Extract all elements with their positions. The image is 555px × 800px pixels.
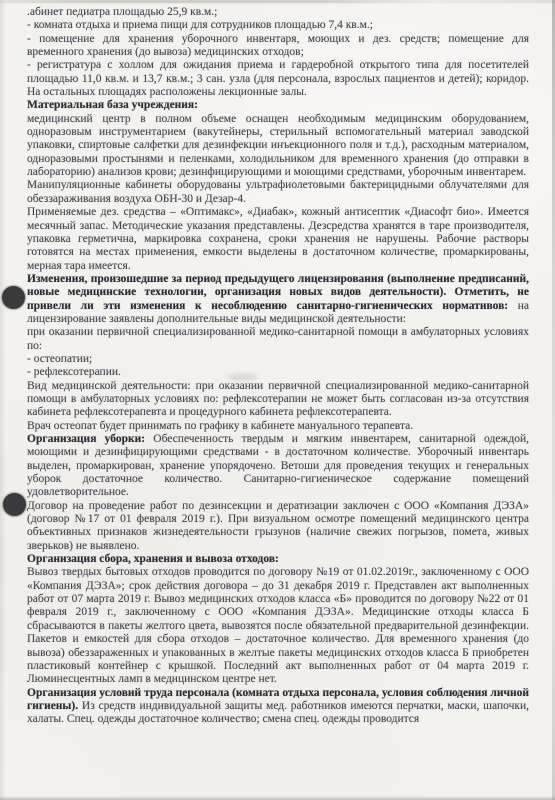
body-text: Вывоз твердых бытовых отходов проводится… <box>27 566 529 685</box>
body-text: Врач остеопат будет принимать по графику… <box>27 420 413 432</box>
body-text: при оказании первичной специализированно… <box>27 326 529 351</box>
document-text: .абинет педиатра площадью 25,9 кв.м.;- к… <box>27 6 529 727</box>
body-text: - рефлексотерапии. <box>27 366 121 378</box>
paragraph: медицинский центр в полном объеме оснаще… <box>27 113 529 180</box>
paragraph: Вид медицинской деятельности: при оказан… <box>27 380 529 420</box>
ink-dot-artifact <box>2 286 25 309</box>
bold-text: Изменения, произошедшие за период предыд… <box>27 273 529 312</box>
paragraph: - комната отдыха и приема пищи для сотру… <box>27 19 529 32</box>
paragraph: Манипуляционные кабинеты оборудованы уль… <box>27 179 529 206</box>
paragraph: Организация уборки: Обеспеченность тверд… <box>27 433 529 500</box>
paragraph: - регистратура с холлом для ожидания при… <box>27 59 529 99</box>
paragraph: Материальная база учреждения: <box>27 99 529 112</box>
pencil-smudge-artifact <box>228 373 258 381</box>
body-text: Из средств индивидуальной защиты мед. ра… <box>27 700 529 725</box>
bold-text: Организация уборки: <box>27 433 145 445</box>
body-text: Манипуляционные кабинеты оборудованы уль… <box>27 179 529 204</box>
paragraph: .абинет педиатра площадью 25,9 кв.м.; <box>27 6 529 19</box>
paragraph: Организация условий труда персонала (ком… <box>27 687 529 727</box>
scan-edge-left <box>0 0 6 800</box>
bold-text: Организация сбора, хранения и вывоза отх… <box>27 553 279 565</box>
body-text: - комната отдыха и приема пищи для сотру… <box>27 19 373 31</box>
body-text: медицинский центр в полном объеме оснаще… <box>27 113 529 178</box>
body-text: - остеопатии; <box>27 353 92 365</box>
paragraph: - рефлексотерапии. <box>27 366 529 379</box>
body-text: .абинет педиатра площадью 25,9 кв.м.; <box>27 6 217 18</box>
body-text: - помещение для хранения уборочного инве… <box>27 33 529 58</box>
body-text: Вид медицинской деятельности: при оказан… <box>27 380 529 419</box>
bold-text: Материальная база учреждения: <box>27 99 198 111</box>
paragraph: Применяемые дез. средства – «Оптимакс», … <box>27 206 529 273</box>
paragraph: при оказании первичной специализированно… <box>27 326 529 353</box>
ink-dot-artifact <box>3 493 26 516</box>
paragraph: Врач остеопат будет принимать по графику… <box>27 420 529 433</box>
scan-edge-top <box>0 0 555 3</box>
paragraph: - остеопатии; <box>27 353 529 366</box>
scan-edge-bottom <box>0 796 555 800</box>
scanned-page: .абинет педиатра площадью 25,9 кв.м.;- к… <box>0 0 555 800</box>
body-text: Договор на проведение работ по дезинсекц… <box>27 500 529 552</box>
body-text: Применяемые дез. средства – «Оптимакс», … <box>27 206 529 271</box>
paragraph: Договор на проведение работ по дезинсекц… <box>27 500 529 553</box>
paragraph: - помещение для хранения уборочного инве… <box>27 33 529 60</box>
paragraph: Организация сбора, хранения и вывоза отх… <box>27 553 529 566</box>
paragraph: Вывоз твердых бытовых отходов проводится… <box>27 566 529 686</box>
paragraph: Изменения, произошедшие за период предыд… <box>27 273 529 326</box>
body-text: - регистратура с холлом для ожидания при… <box>27 59 529 98</box>
